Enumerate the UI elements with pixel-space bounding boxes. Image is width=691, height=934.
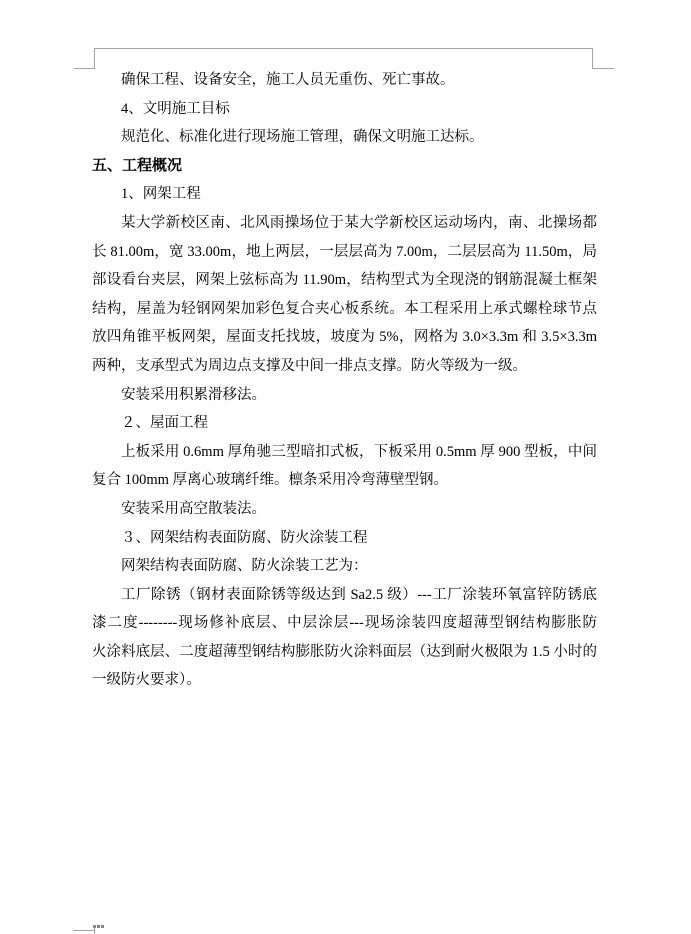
doc-line: 确保工程、设备安全，施工人员无重伤、死亡事故。 — [92, 66, 597, 95]
section-heading-5: 五、工程概况 — [92, 152, 597, 181]
doc-line: 结构，屋盖为轻钢网架加彩色复合夹心板系统。本工程采用上承式螺栓球节点正 — [92, 295, 597, 324]
text-boundary-top-line — [95, 48, 592, 49]
text-boundary-bottom-left-corner — [94, 927, 95, 934]
doc-line: 火涂料底层、二度超薄型钢结构膨胀防火涂料面层（达到耐火极限为 1.5 小时的 — [92, 638, 597, 667]
subheading-3: ３、网架结构表面防腐、防火涂装工程 — [92, 524, 597, 553]
doc-line: 一级防火要求）。 — [92, 666, 597, 695]
doc-line: 网架结构表面防腐、防火涂装工艺为： — [92, 552, 597, 581]
doc-line-numbered-4: 4、文明施工目标 — [92, 95, 597, 124]
footer-artifact-mark — [93, 925, 104, 928]
doc-line: 复合 100mm 厚离心玻璃纤维。檩条采用冷弯薄壁型钢。 — [92, 466, 597, 495]
document-content: 确保工程、设备安全，施工人员无重伤、死亡事故。 4、文明施工目标 规范化、标准化… — [92, 66, 597, 695]
doc-line: 上板采用 0.6mm 厚角驰三型暗扣式板，下板采用 0.5mm 厚 900 型板… — [92, 438, 597, 467]
doc-line: 安装采用高空散装法。 — [92, 495, 597, 524]
doc-line: 长 81.00m，宽 33.00m，地上两层，一层层高为 7.00m，二层层高为… — [92, 238, 597, 267]
text-boundary-top-left-corner — [94, 48, 95, 68]
doc-line: 某大学新校区南、北风雨操场位于某大学新校区运动场内，南、北操场都是 — [92, 209, 597, 238]
doc-line: 安装采用积累滑移法。 — [92, 381, 597, 410]
doc-line: 规范化、标准化进行现场施工管理，确保文明施工达标。 — [92, 123, 597, 152]
text-boundary-top-right-corner — [592, 48, 593, 68]
subheading-2: ２、屋面工程 — [92, 409, 597, 438]
text-boundary-bottom-left-tick — [73, 930, 94, 931]
doc-line: 两种，支承型式为周边点支撑及中间一排点支撑。防火等级为一级。 — [92, 352, 597, 381]
document-page: 确保工程、设备安全，施工人员无重伤、死亡事故。 4、文明施工目标 规范化、标准化… — [0, 0, 691, 934]
doc-line: 工厂除锈（钢材表面除锈等级达到 Sa2.5 级）---工厂涂装环氧富锌防锈底 — [92, 581, 597, 610]
subheading-1: 1、网架工程 — [92, 180, 597, 209]
doc-line: 漆二度--------现场修补底层、中层涂层---现场涂装四度超薄型钢结构膨胀防 — [92, 609, 597, 638]
doc-line: 放四角锥平板网架，屋面支托找坡，坡度为 5%，网格为 3.0×3.3m 和 3.… — [92, 323, 597, 352]
doc-line: 部设看台夹层，网架上弦标高为 11.90m，结构型式为全现浇的钢筋混凝土框架 — [92, 266, 597, 295]
